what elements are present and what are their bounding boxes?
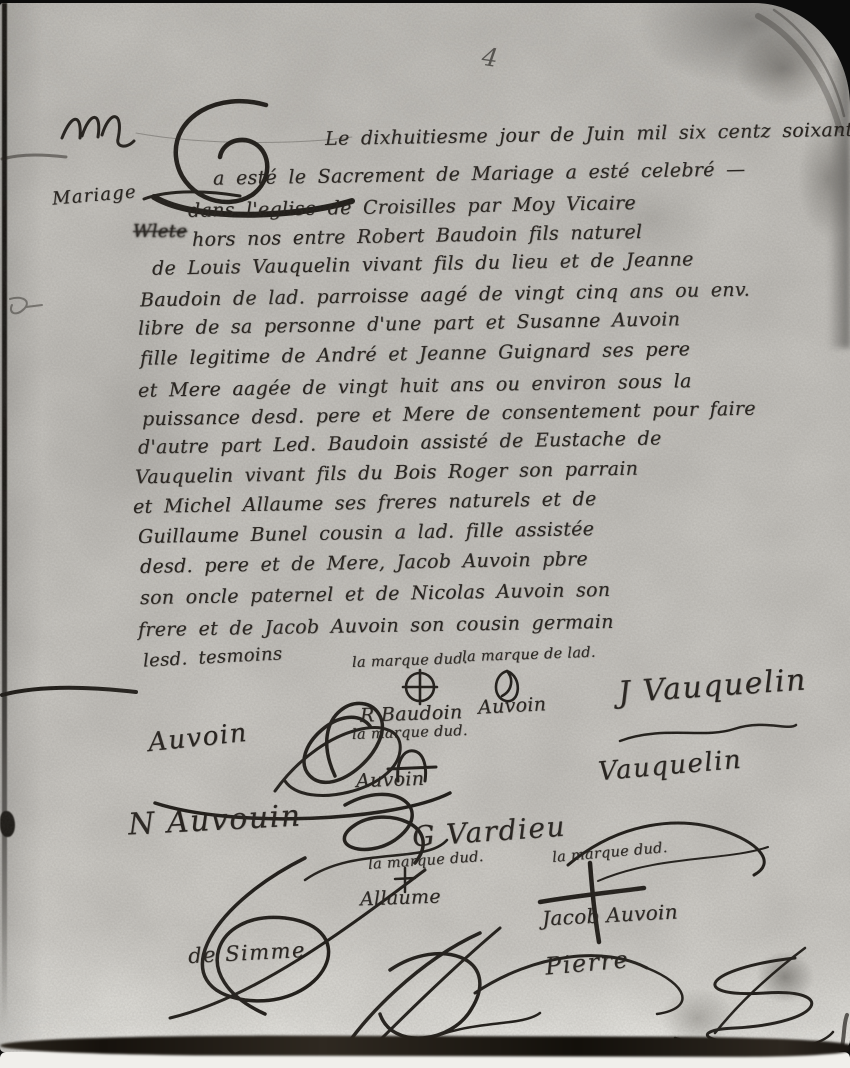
act-line: puissance desd. pere et Mere de consente… [142,398,756,431]
mark-label-bride: la marque de lad. [462,645,596,666]
mark-name-allaume: Allaume [360,886,442,911]
act-line: et Michel Allaume ses freres naturels et… [133,488,597,518]
act-line: fille legitime de André et Jeanne Guigna… [140,338,691,370]
signature-n-auvouin: N Auvouin [127,798,302,842]
witnesses-caption: lesd. tesmoins [143,643,283,671]
margin-note-mariage: Mariage [51,181,137,209]
signature-vauquelin: Vauquelin [597,745,743,787]
act-line: hors nos entre Robert Baudoin fils natur… [192,221,643,251]
act-line: et Mere aagée de vingt huit ans ou envir… [138,370,692,402]
act-line: frere et de Jacob Auvoin son cousin germ… [138,611,614,641]
witness-caption-dash [0,681,140,703]
act-line: de Louis Vauquelin vivant fils du lieu e… [152,248,694,279]
act-line: Le dixhuitiesme jour de Juin mil six cen… [325,118,850,150]
act-line: desd. pere et de Mere, Jacob Auvoin pbre [140,548,588,578]
signature-j-vauquelin: J Vauquelin [617,662,808,710]
page-bottom-edge-shadow [0,1035,850,1057]
act-line: d'autre part Led. Baudoin assisté de Eus… [138,427,662,458]
mark-name-bride: Auvoin [477,693,546,719]
act-line: son oncle paternel et de Nicolas Auvoin … [140,579,611,609]
manuscript-scan: 4 Mariage Le dixhuitiesme jour de Juin m… [0,0,850,1068]
margin-dash-upper [0,149,70,165]
struck-word: Wlete [133,221,187,242]
act-line: Vauquelin vivant fils du Bois Roger son … [135,458,639,489]
binding-ink-blob [0,811,15,837]
act-line: Baudoin de lad. parroisse aagé de vingt … [140,279,750,312]
margin-tick-mark [2,293,44,319]
right-bottom-scribble-flourish [645,938,840,1048]
act-line: Guillaume Bunel cousin a lad. fille assi… [138,518,595,548]
act-line: libre de sa personne d'une part et Susan… [138,308,681,339]
folio-number: 4 [480,42,500,73]
register-page: 4 Mariage Le dixhuitiesme jour de Juin m… [0,3,850,1052]
vauquelin-underline-flourish [612,715,802,751]
